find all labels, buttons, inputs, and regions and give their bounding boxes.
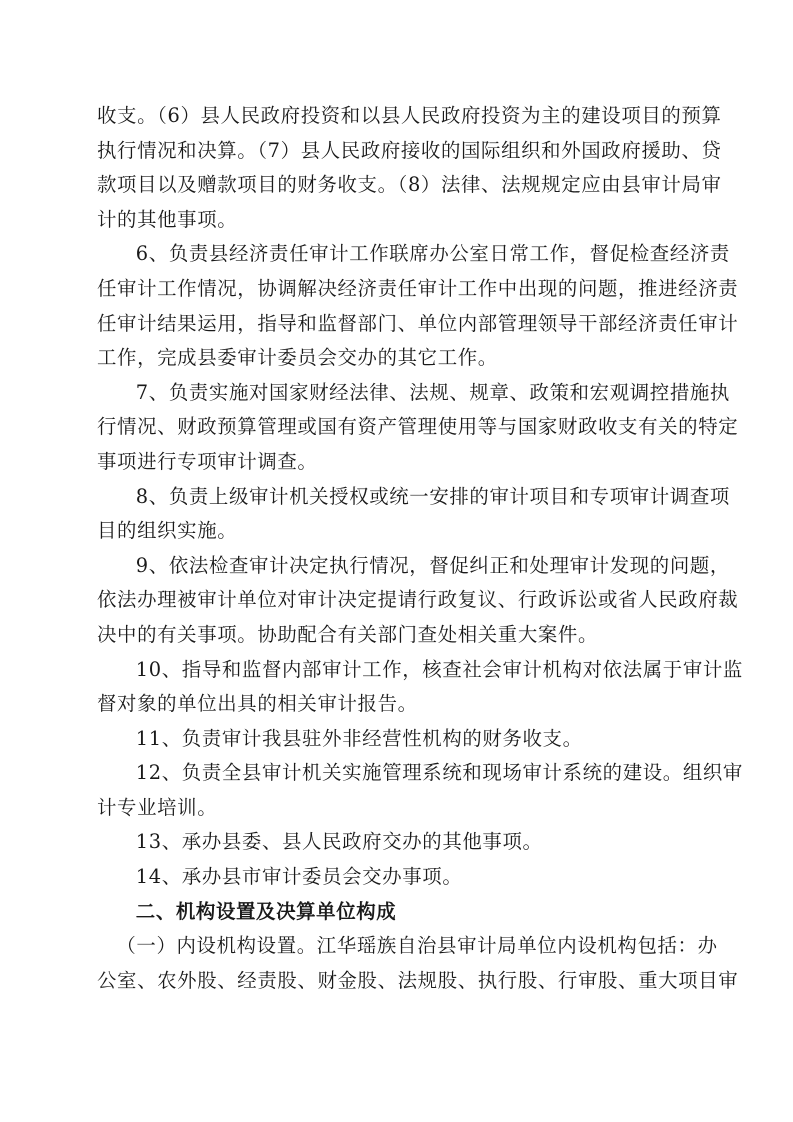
text-line: 10、指导和监督内部审计工作，核查社会审计机构对依法属于审计监 [97, 653, 705, 688]
text-line: 事项进行专项审计调查。 [97, 445, 705, 480]
text-line: 收支。（6）县人民政府投资和以县人民政府投资为主的建设项目的预算 [97, 99, 705, 134]
text-line: 督对象的单位出具的相关审计报告。 [97, 687, 705, 722]
text-line: 行情况、财政预算管理或国有资产管理使用等与国家财政收支有关的特定 [97, 410, 705, 445]
list-item-12: 12、负责全县审计机关实施管理系统和现场审计系统的建设。组织审 计专业培训。 [97, 756, 705, 825]
text-line: 11、负责审计我县驻外非经营性机构的财务收支。 [97, 722, 705, 757]
text-line: 计专业培训。 [97, 791, 705, 826]
text-line: 决中的有关事项。协助配合有关部门查处相关重大案件。 [97, 618, 705, 653]
list-item-10: 10、指导和监督内部审计工作，核查社会审计机构对依法属于审计监 督对象的单位出具… [97, 653, 705, 722]
list-item-6: 6、负责县经济责任审计工作联席办公室日常工作，督促检查经济责 任审计工作情况，协… [97, 237, 705, 375]
text-line: 款项目以及赠款项目的财务收支。（8）法律、法规规定应由县审计局审 [97, 168, 705, 203]
text-line: 目的组织实施。 [97, 514, 705, 549]
text-line: 12、负责全县审计机关实施管理系统和现场审计系统的建设。组织审 [97, 756, 705, 791]
text-line: 计的其他事项。 [97, 203, 705, 238]
text-line: 公室、农外股、经责股、财金股、法规股、执行股、行审股、重大项目审 [97, 964, 705, 999]
text-line: 执行情况和决算。（7）县人民政府接收的国际组织和外国政府援助、贷 [97, 134, 705, 169]
text-line: 9、依法检查审计决定执行情况，督促纠正和处理审计发现的问题， [97, 549, 705, 584]
text-line: 任审计结果运用，指导和监督部门、单位内部管理领导干部经济责任审计 [97, 307, 705, 342]
text-line: （一）内设机构设置。江华瑶族自治县审计局单位内设机构包括：办 [97, 929, 705, 964]
text-line: 依法办理被审计单位对审计决定提请行政复议、行政诉讼或省人民政府裁 [97, 583, 705, 618]
list-item-8: 8、负责上级审计机关授权或统一安排的审计项目和专项审计调查项 目的组织实施。 [97, 480, 705, 549]
section-heading: 二、机构设置及决算单位构成 [97, 895, 705, 930]
list-item-13: 13、承办县委、县人民政府交办的其他事项。 [97, 825, 705, 860]
text-line: 工作，完成县委审计委员会交办的其它工作。 [97, 341, 705, 376]
paragraph-internal-structure: （一）内设机构设置。江华瑶族自治县审计局单位内设机构包括：办 公室、农外股、经责… [97, 929, 705, 998]
text-line: 任审计工作情况，协调解决经济责任审计工作中出现的问题，推进经济责 [97, 272, 705, 307]
text-line: 8、负责上级审计机关授权或统一安排的审计项目和专项审计调查项 [97, 480, 705, 515]
document-page: 收支。（6）县人民政府投资和以县人民政府投资为主的建设项目的预算 执行情况和决算… [97, 99, 705, 998]
text-line: 7、负责实施对国家财经法律、法规、规章、政策和宏观调控措施执 [97, 376, 705, 411]
list-item-11: 11、负责审计我县驻外非经营性机构的财务收支。 [97, 722, 705, 757]
list-item-14: 14、承办县市审计委员会交办事项。 [97, 860, 705, 895]
paragraph-continued: 收支。（6）县人民政府投资和以县人民政府投资为主的建设项目的预算 执行情况和决算… [97, 99, 705, 237]
text-line: 13、承办县委、县人民政府交办的其他事项。 [97, 825, 705, 860]
text-line: 14、承办县市审计委员会交办事项。 [97, 860, 705, 895]
list-item-7: 7、负责实施对国家财经法律、法规、规章、政策和宏观调控措施执 行情况、财政预算管… [97, 376, 705, 480]
text-line: 6、负责县经济责任审计工作联席办公室日常工作，督促检查经济责 [97, 237, 705, 272]
list-item-9: 9、依法检查审计决定执行情况，督促纠正和处理审计发现的问题， 依法办理被审计单位… [97, 549, 705, 653]
